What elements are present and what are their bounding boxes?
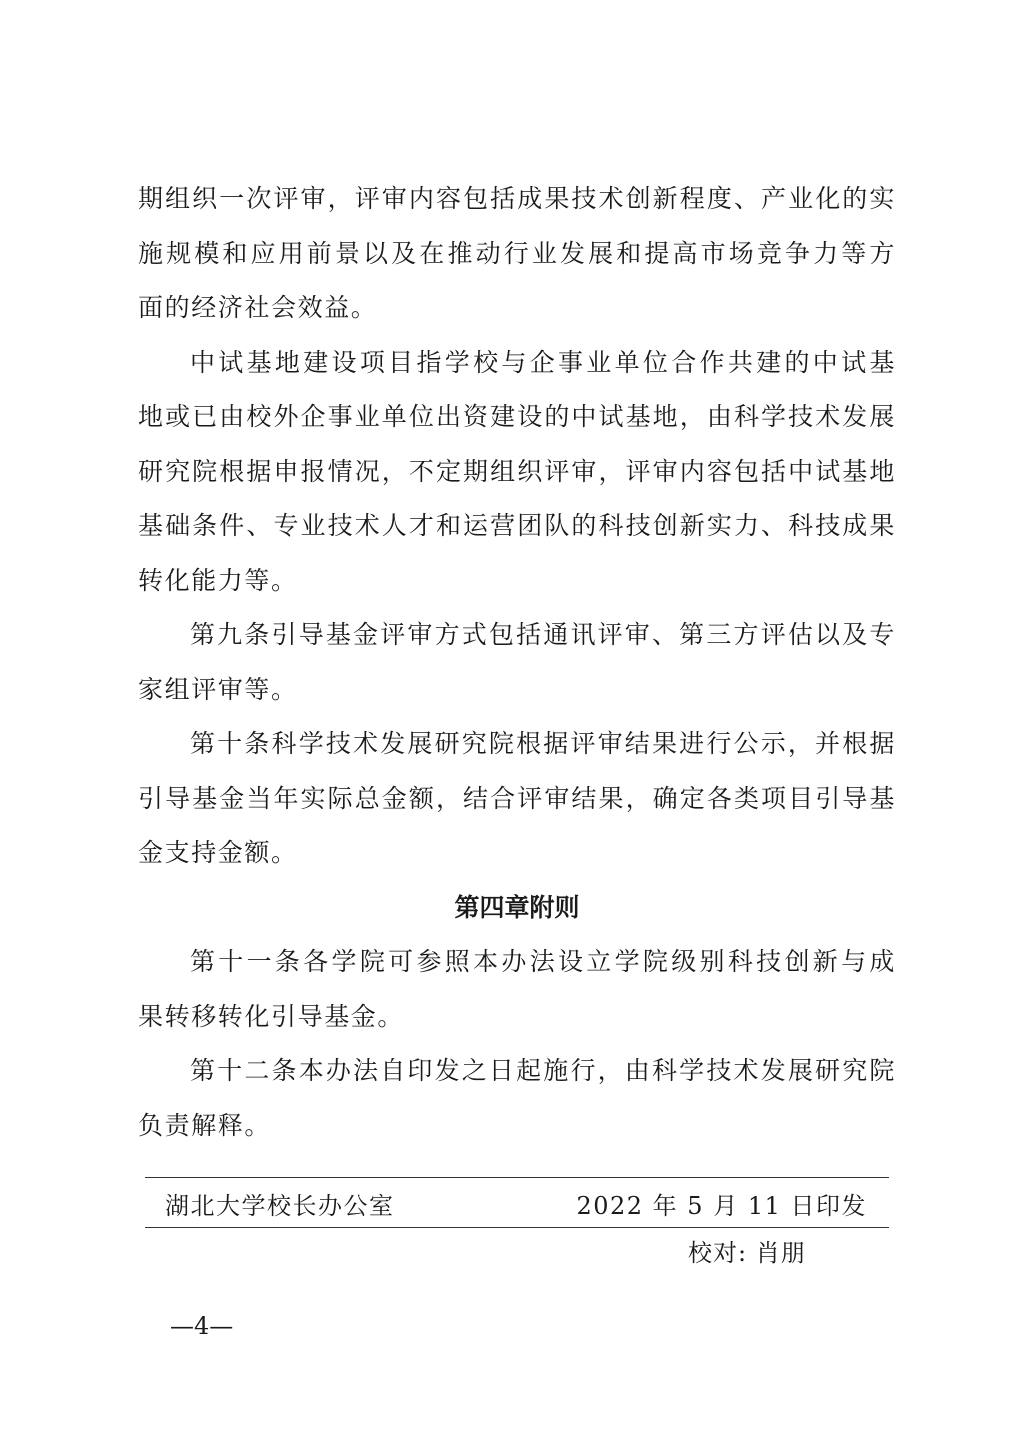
page-number: —4—	[170, 1312, 233, 1340]
issuer: 湖北大学校长办公室	[145, 1186, 395, 1221]
document-body: 期组织一次评审，评审内容包括成果技术创新程度、产业化的实 施规模和应用前景以及在…	[138, 172, 898, 1153]
article-12-line: 第十二条本办法自印发之日起施行，由科学技术发展研究院	[138, 1044, 896, 1099]
article-9-line: 第九条引导基金评审方式包括通讯评审、第三方评估以及专	[138, 608, 896, 663]
paragraph-line: 转化能力等。	[138, 554, 898, 609]
article-10-line: 第十条科学技术发展研究院根据评审结果进行公示，并根据	[138, 717, 896, 772]
paragraph-line: 施规模和应用前景以及在推动行业发展和提高市场竞争力等方	[138, 227, 896, 282]
article-10-line: 引导基金当年实际总金额，结合评审结果，确定各类项目引导基	[138, 772, 896, 827]
article-10-line: 金支持金额。	[138, 826, 898, 881]
issue-date: 2022 年 5 月 11 日印发	[576, 1186, 889, 1221]
paragraph-line: 中试基地建设项目指学校与企事业单位合作共建的中试基	[138, 336, 896, 391]
paragraph-line: 研究院根据申报情况，不定期组织评审，评审内容包括中试基地	[138, 445, 896, 500]
proofreader: 校对: 肖朋	[688, 1233, 806, 1268]
paragraph-line: 地或已由校外企事业单位出资建设的中试基地，由科学技术发展	[138, 390, 896, 445]
article-12-line: 负责解释。	[138, 1099, 898, 1154]
paragraph-line: 面的经济社会效益。	[138, 281, 898, 336]
paragraph-line: 基础条件、专业技术人才和运营团队的科技创新实力、科技成果	[138, 499, 896, 554]
footer-top-rule	[145, 1177, 889, 1178]
article-11-line: 果转移转化引导基金。	[138, 990, 898, 1045]
footer-bottom-rule	[145, 1227, 889, 1228]
article-9-line: 家组评审等。	[138, 663, 898, 718]
article-11-line: 第十一条各学院可参照本办法设立学院级别科技创新与成	[138, 935, 896, 990]
paragraph-line: 期组织一次评审，评审内容包括成果技术创新程度、产业化的实	[138, 172, 896, 227]
issuance-row: 湖北大学校长办公室 2022 年 5 月 11 日印发	[145, 1180, 889, 1226]
document-page: 期组织一次评审，评审内容包括成果技术创新程度、产业化的实 施规模和应用前景以及在…	[0, 0, 1024, 1448]
chapter-heading: 第四章附则	[138, 881, 896, 936]
